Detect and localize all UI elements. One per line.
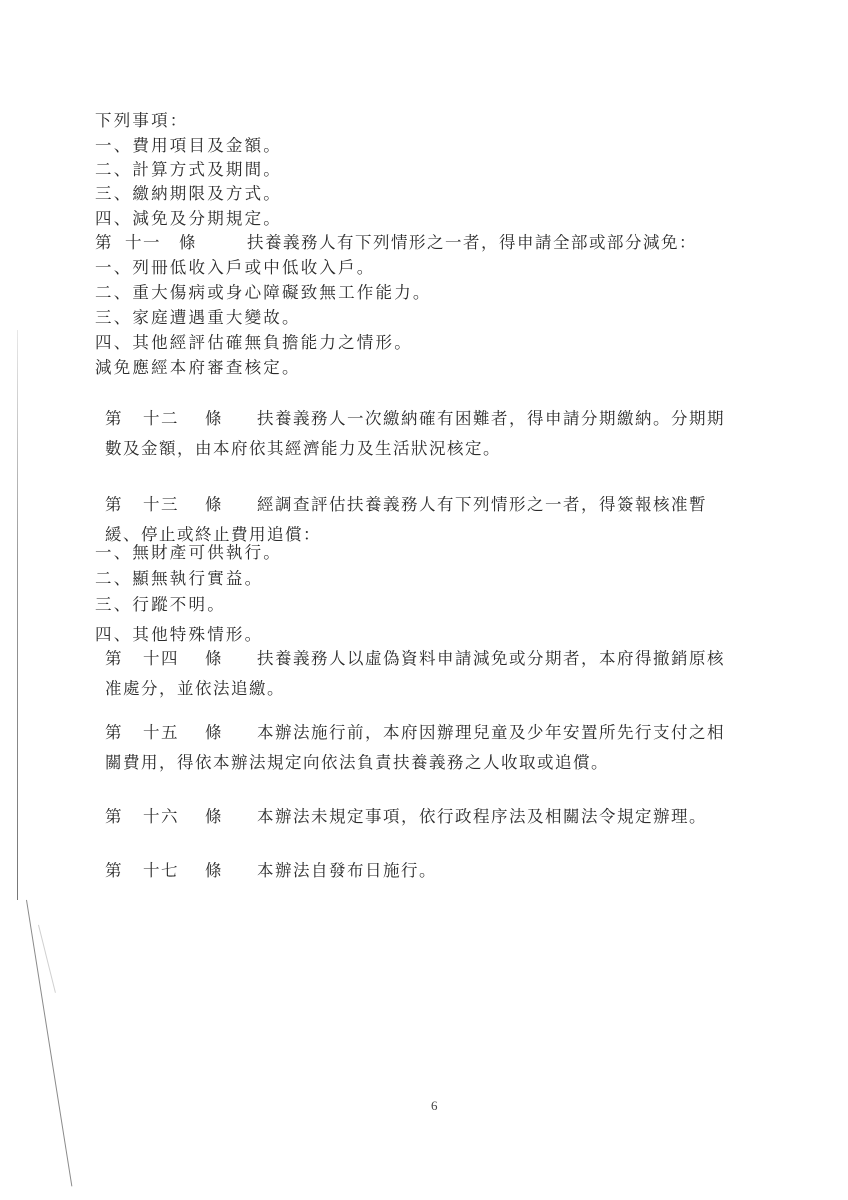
article-note: 減免應經本府審查核定。: [95, 357, 301, 379]
article-label: 第: [95, 232, 125, 254]
article-item: 四、其他經評估確無負擔能力之情形。: [95, 332, 413, 354]
article-number: 十三: [143, 490, 205, 520]
article-text: 本辦法未規定事項，依行政程序法及相關法令規定辦理。: [257, 807, 707, 826]
article-14: 第十四條扶養義務人以虛偽資料申請減免或分期者，本府得撤銷原核 准處分，並依法追繳…: [105, 644, 755, 704]
article-number: 十二: [143, 404, 205, 434]
page-number: 6: [431, 1098, 438, 1114]
article-text: 扶養義務人有下列情形之一者，得申請全部或部分減免：: [247, 233, 697, 252]
article-number: 十四: [143, 644, 205, 674]
intro-item: 三、繳納期限及方式。: [95, 183, 282, 205]
article-label: 第: [105, 644, 143, 674]
article-number: 十六: [143, 802, 205, 832]
article-number: 十五: [143, 718, 205, 748]
article-13: 第十三條經調查評估扶養義務人有下列情形之一者，得簽報核准暫 緩、停止或終止費用追…: [105, 490, 755, 550]
article-label: 條: [205, 490, 257, 520]
scan-shadow-edge: [17, 330, 18, 900]
article-number: 十一: [125, 232, 179, 254]
article-label: 第: [105, 856, 143, 886]
article-text: 扶養義務人以虛偽資料申請減免或分期者，本府得撤銷原核: [257, 649, 725, 668]
article-label: 條: [205, 856, 257, 886]
document-page: 下列事項： 一、費用項目及金額。 二、計算方式及期間。 三、繳納期限及方式。 四…: [0, 0, 848, 1200]
article-label: 第: [105, 802, 143, 832]
article-item: 三、家庭遭遇重大變故。: [95, 307, 301, 329]
article-item: 四、其他特殊情形。: [95, 624, 263, 646]
article-label: 第: [105, 718, 143, 748]
article-label: 第: [105, 490, 143, 520]
article-label: 第: [105, 404, 143, 434]
article-label: 條: [205, 644, 257, 674]
article-item: 二、重大傷病或身心障礙致無工作能力。: [95, 282, 432, 304]
intro-item: 四、減免及分期規定。: [95, 208, 282, 230]
article-text-continued: 關費用，得依本辦法規定向依法負責扶養義務之人收取或追償。: [105, 748, 755, 778]
article-label: 條: [205, 404, 257, 434]
article-text: 本辦法自發布日施行。: [257, 861, 437, 880]
article-label: 條: [205, 718, 257, 748]
intro-line: 下列事項：: [95, 110, 189, 132]
article-item: 一、列冊低收入戶或中低收入戶。: [95, 257, 376, 279]
article-17: 第十七條本辦法自發布日施行。: [105, 856, 755, 886]
article-number: 十七: [143, 856, 205, 886]
article-label: 條: [205, 802, 257, 832]
article-label: 條: [179, 232, 247, 254]
scan-shadow-edge: [26, 900, 72, 1187]
article-text: 扶養義務人一次繳納確有困難者，得申請分期繳納。分期期: [257, 409, 725, 428]
article-text-continued: 准處分，並依法追繳。: [105, 674, 755, 704]
scan-shadow-edge: [38, 925, 56, 993]
article-item: 一、無財產可供執行。: [95, 542, 282, 564]
article-text: 本辦法施行前，本府因辦理兒童及少年安置所先行支付之相: [257, 723, 725, 742]
article-16: 第十六條本辦法未規定事項，依行政程序法及相關法令規定辦理。: [105, 802, 755, 832]
article-11-heading: 第十一條扶養義務人有下列情形之一者，得申請全部或部分減免：: [95, 232, 697, 254]
intro-item: 一、費用項目及金額。: [95, 135, 282, 157]
article-text: 經調查評估扶養義務人有下列情形之一者，得簽報核准暫: [257, 495, 707, 514]
article-text-continued: 數及金額，由本府依其經濟能力及生活狀況核定。: [105, 434, 755, 464]
article-12: 第十二條扶養義務人一次繳納確有困難者，得申請分期繳納。分期期 數及金額，由本府依…: [105, 404, 755, 464]
article-15: 第十五條本辦法施行前，本府因辦理兒童及少年安置所先行支付之相 關費用，得依本辦法…: [105, 718, 755, 778]
intro-item: 二、計算方式及期間。: [95, 159, 282, 181]
article-item: 二、顯無執行實益。: [95, 568, 263, 590]
article-item: 三、行蹤不明。: [95, 594, 226, 616]
